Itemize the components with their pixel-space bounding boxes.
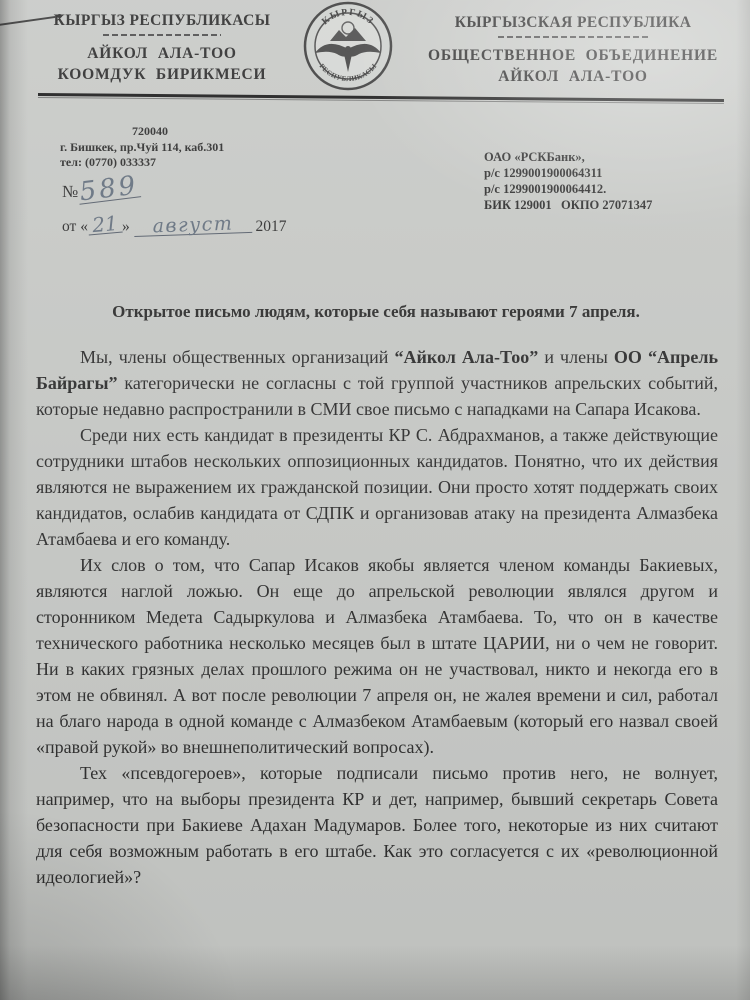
kyrgyz-state-emblem-icon: КЫРГЫЗ РЕСПУБЛИКАСЫ	[301, 1, 395, 98]
country-name-ru: КЫРГЫЗСКАЯ РЕСПУБЛИКА	[412, 14, 734, 32]
handwritten-day: 21	[87, 215, 122, 236]
year: 2017	[255, 218, 286, 235]
paragraph-1: Мы, члены общественных организаций “Айко…	[36, 344, 718, 422]
phone-line: тел: (0770) 033337	[60, 155, 290, 171]
p1-text: Мы, члены общественных организаций	[80, 347, 394, 367]
dashed-divider	[103, 34, 221, 36]
bank-details-block: ОАО «РСКБанк», р/с 1299001900064311 р/с …	[484, 149, 652, 213]
address-line: г. Бишкек, пр.Чуй 114, каб.301	[60, 140, 290, 156]
bank-account-2: р/с 1299001900064412.	[484, 181, 652, 197]
letter-title: Открытое письмо людям, которые себя назы…	[35, 302, 717, 322]
p1-text: категорически не согласны с той группой …	[36, 373, 718, 419]
document-number-line: №589	[62, 178, 140, 202]
handwritten-document-number: 589	[77, 174, 141, 204]
p1-text: и члены	[538, 347, 614, 367]
pen-mark-dot	[57, 14, 62, 18]
bank-name: ОАО «РСКБанк»,	[484, 149, 652, 165]
paragraph-4: Тех «псевдогероев», которые подписали пи…	[36, 760, 718, 890]
bank-codes: БИК 129001 ОКПО 27071347	[484, 197, 652, 213]
country-name-ky: КЫРГЫЗ РЕСПУБЛИКАСЫ	[36, 12, 288, 30]
paragraph-2: Среди них есть кандидат в президенты КР …	[36, 422, 718, 552]
number-label: №	[62, 182, 78, 201]
p1-bold-org-1: “Айкол Ала-Тоо”	[394, 347, 538, 367]
address-block: 720040 г. Бишкек, пр.Чуй 114, каб.301 те…	[60, 124, 290, 171]
date-prefix: от	[62, 218, 76, 235]
close-quote: »	[122, 218, 130, 235]
bank-account-1: р/с 1299001900064311	[484, 165, 652, 181]
document-date-line: от «21» август 2017	[62, 216, 286, 236]
postal-code: 720040	[60, 124, 240, 140]
letterhead-russian: КЫРГЫЗСКАЯ РЕСПУБЛИКА ОБЩЕСТВЕННОЕ ОБЪЕД…	[412, 14, 734, 87]
handwritten-month: август	[133, 215, 252, 237]
letter-body: Мы, члены общественных организаций “Айко…	[36, 344, 718, 890]
org-name-ky-line2: КООМДУК БИРИКМЕСИ	[36, 64, 288, 85]
letterhead-kyrgyz: КЫРГЫЗ РЕСПУБЛИКАСЫ АЙКОЛ АЛА-ТОО КООМДУ…	[36, 12, 288, 85]
org-name-ru-line2: АЙКОЛ АЛА-ТОО	[412, 66, 734, 87]
dashed-divider	[498, 36, 648, 38]
org-name-ky-line1: АЙКОЛ АЛА-ТОО	[36, 43, 288, 64]
scanned-letter-page: КЫРГЫЗ РЕСПУБЛИКАСЫ АЙКОЛ АЛА-ТОО КООМДУ…	[0, 0, 750, 1000]
org-name-ru-line1: ОБЩЕСТВЕННОЕ ОБЪЕДИНЕНИЕ	[412, 45, 734, 66]
paragraph-3: Их слов о том, что Сапар Исаков якобы яв…	[36, 552, 718, 760]
